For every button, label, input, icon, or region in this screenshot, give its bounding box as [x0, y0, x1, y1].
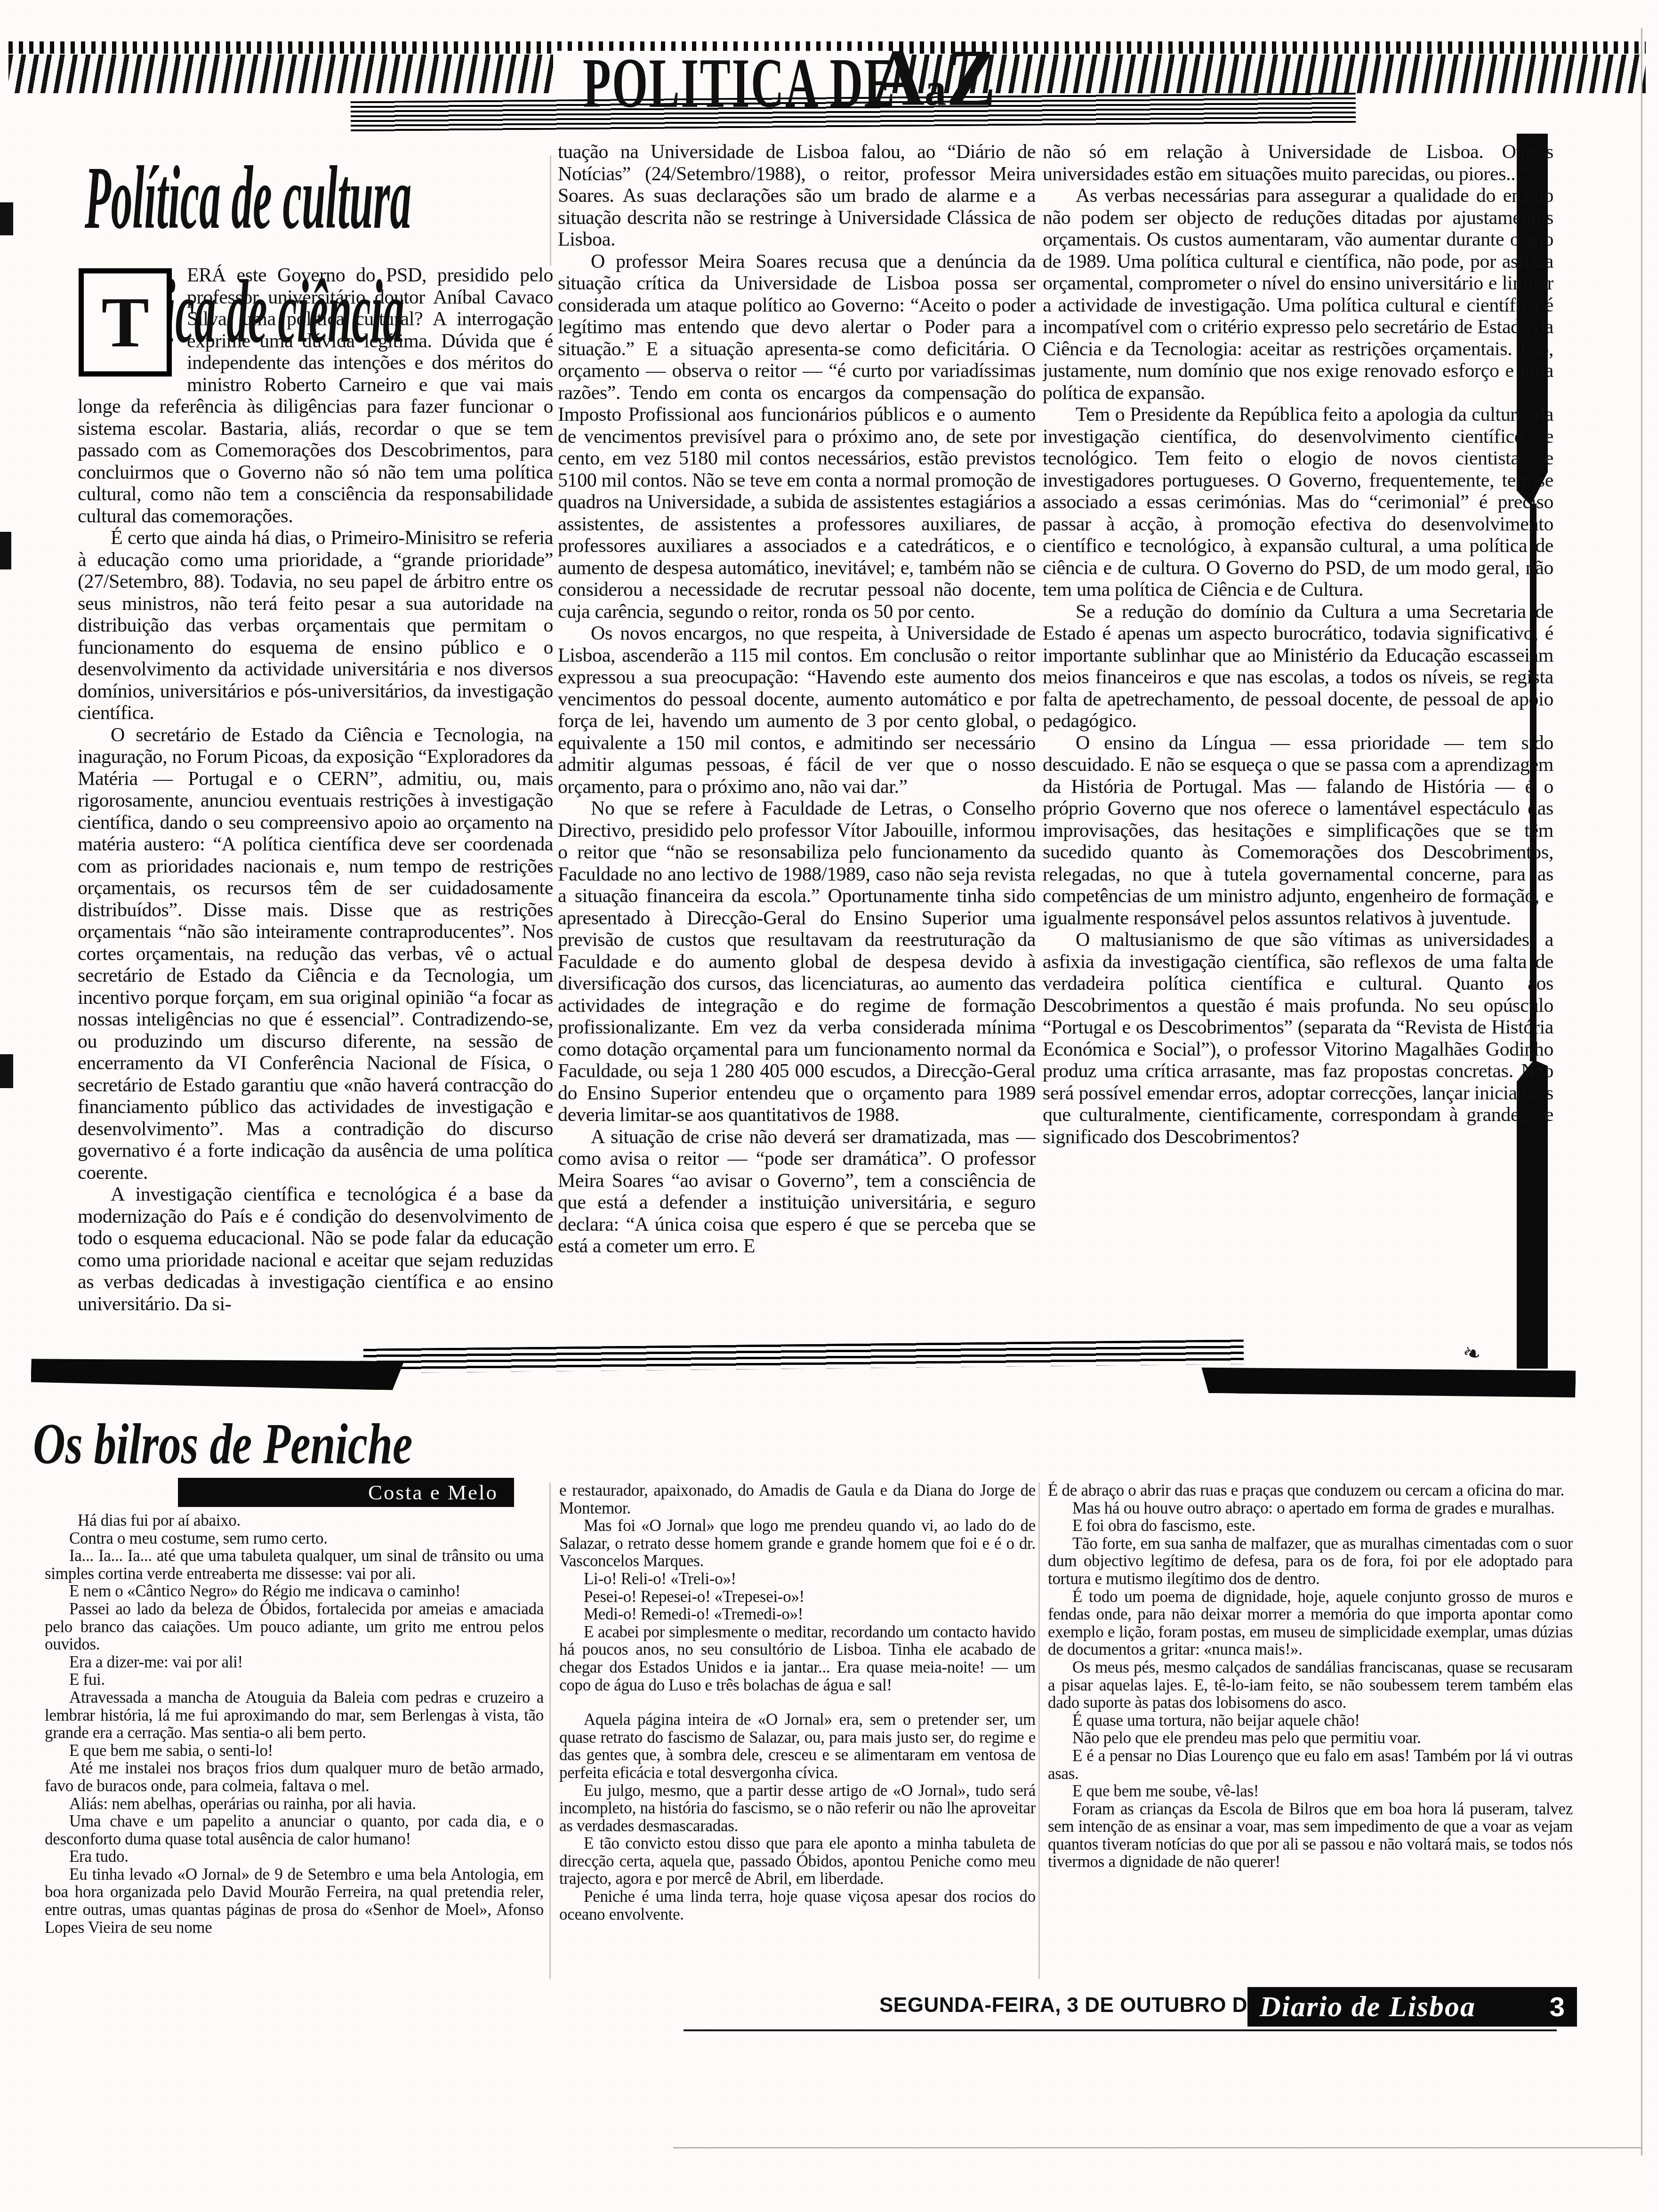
paragraph: e restaurador, apaixonado, do Amadis de … — [559, 1482, 1036, 1517]
paragraph: Contra o meu costume, sem rumo certo. — [45, 1530, 544, 1547]
paragraph: O professor Meira Soares recusa que a de… — [558, 251, 1036, 623]
main-column2-text: tuação na Universidade de Lisboa falou, … — [558, 141, 1036, 1258]
paragraph: O secretário de Estado da Ciência e Tecn… — [78, 724, 553, 1184]
newspaper-logo: Diario de Lisboa — [1260, 1990, 1550, 2024]
paragraph: E que bem me soube, vê-las! — [1048, 1782, 1573, 1800]
second-column2-text: e restaurador, apaixonado, do Amadis de … — [559, 1482, 1036, 1923]
paragraph: Mas há ou houve outro abraço: o apertado… — [1048, 1499, 1573, 1517]
paragraph: E acabei por simplesmente o meditar, rec… — [559, 1623, 1036, 1694]
paragraph: É quase uma tortura, não beijar aquele c… — [1048, 1712, 1573, 1730]
drop-cap-box: T — [79, 268, 172, 377]
left-edge-mark — [0, 1054, 13, 1088]
main-title-line1: Política de cultura — [85, 141, 411, 255]
divider-black-bar-right — [1201, 1365, 1576, 1399]
paragraph: É todo um poema de dignidade, hoje, aque… — [1048, 1588, 1573, 1659]
section-title: POLITICA DE — [583, 48, 896, 119]
paragraph-gap — [559, 1694, 1036, 1711]
paragraph: E foi obra do fascismo, este. — [1048, 1517, 1573, 1535]
paragraph: Tão forte, em sua sanha de malfazer, que… — [1048, 1535, 1573, 1588]
main-column1-text: ERÁ este Governo do PSD, presidido pelo … — [78, 264, 553, 1315]
paragraph: Não pelo que ele prendeu mas pelo que pe… — [1048, 1729, 1573, 1747]
letter-a-big: A — [871, 33, 925, 123]
main-column3-text: não só em relação à Universidade de Lisb… — [1043, 141, 1553, 1148]
page-edge-bottom — [673, 2147, 1642, 2148]
letter-a-small: a — [925, 63, 946, 115]
paragraph: Tem o Presidente da República feito a ap… — [1043, 404, 1553, 601]
paragraph: E fui. — [45, 1671, 544, 1689]
main-article-column-1: T ERÁ este Governo do PSD, presidido pel… — [78, 264, 553, 1353]
paragraph: O ensino da Língua — essa prioridade — t… — [1043, 732, 1553, 930]
paragraph: Passei ao lado da beleza de Óbidos, fort… — [45, 1600, 544, 1653]
left-edge-mark — [0, 202, 13, 235]
paragraph: Medi-o! Remedi-o! «Tremedi-o»! — [559, 1605, 1036, 1623]
paragraph: Há dias fui por aí abaixo. — [45, 1512, 544, 1530]
paragraph: Li-o! Reli-o! «Treli-o»! — [559, 1570, 1036, 1588]
paragraph: Era tudo. — [45, 1848, 544, 1866]
second-title-text: Os bilros de Peniche — [33, 1412, 412, 1476]
byline: Costa e Melo — [368, 1480, 498, 1505]
paragraph: Foram as crianças da Escola de Bilros qu… — [1048, 1800, 1573, 1871]
paragraph: É certo que ainda há dias, o Primeiro-Mi… — [78, 527, 553, 724]
paragraph: Era a dizer-me: vai por ali! — [45, 1653, 544, 1671]
ink-ornament: ❧ — [1460, 1338, 1485, 1368]
byline-bar: Costa e Melo — [178, 1478, 514, 1507]
paragraph: Os novos encargos, no que respeita, à Un… — [558, 623, 1036, 798]
paragraph: Mas foi «O Jornal» que logo me prendeu q… — [559, 1517, 1036, 1570]
paragraph: Atravessada a mancha de Atouguia da Bale… — [45, 1689, 544, 1742]
paragraph: Pesei-o! Repesei-o! «Trepesei-o»! — [559, 1588, 1036, 1606]
page-number: 3 — [1550, 1991, 1565, 2023]
newspaper-page: POLITICA DE AaZ Política de cultura polí… — [0, 0, 1657, 2212]
paragraph: Peniche é uma linda terra, hoje quase vi… — [559, 1888, 1036, 1923]
paragraph: As verbas necessárias para assegurar a q… — [1043, 185, 1553, 404]
paragraph: E nem o «Cântico Negro» do Régio me indi… — [45, 1582, 544, 1600]
column-rule — [1038, 1483, 1040, 1979]
paragraph: não só em relação à Universidade de Lisb… — [1043, 141, 1553, 185]
paragraph: Ia... Ia... Ia... até que uma tabuleta q… — [45, 1547, 544, 1582]
second-article-column-1: Há dias fui por aí abaixo.Contra o meu c… — [45, 1512, 544, 1982]
paragraph: Até me instalei nos braços frios dum qua… — [45, 1759, 544, 1795]
column-rule — [550, 155, 551, 266]
main-article-column-2: tuação na Universidade de Lisboa falou, … — [558, 141, 1036, 1304]
divider-black-bar-left — [31, 1355, 404, 1390]
paragraph: E que bem me sabia, o senti-lo! — [45, 1742, 544, 1760]
section-title-text: POLITICA DE — [583, 44, 896, 122]
column-rule — [549, 1483, 551, 1979]
paragraph: E é a pensar no Dias Lourenço que eu fal… — [1048, 1747, 1573, 1782]
paragraph: Uma chave e um papelito a anunciar o qua… — [45, 1812, 544, 1848]
paragraph: A investigação científica e tecnológica … — [78, 1184, 553, 1315]
paragraph: E tão convicto estou disso que para ele … — [559, 1835, 1036, 1888]
main-article-column-3: não só em relação à Universidade de Lisb… — [1043, 141, 1553, 1318]
paragraph: No que se refere à Faculdade de Letras, … — [558, 798, 1036, 1126]
drop-cap-letter: T — [102, 312, 149, 334]
paragraph: Se a redução do domínio da Cultura a uma… — [1043, 601, 1553, 732]
paragraph: tuação na Universidade de Lisboa falou, … — [558, 141, 1036, 251]
paragraph: A situação de crise não deverá ser drama… — [558, 1126, 1036, 1258]
second-article-title: Os bilros de Peniche — [33, 1416, 412, 1473]
paragraph: Aquela página inteira de «O Jornal» era,… — [559, 1711, 1036, 1781]
second-column1-text: Há dias fui por aí abaixo.Contra o meu c… — [45, 1512, 544, 1936]
paragraph: Aliás: nem abelhas, operárias ou rainha,… — [45, 1795, 544, 1813]
footer-rule — [684, 2029, 1557, 2031]
second-article-column-2: e restaurador, apaixonado, do Amadis de … — [559, 1482, 1036, 1985]
paragraph: Eu tinha levado «O Jornal» de 9 de Setem… — [45, 1866, 544, 1936]
paragraph: É de abraço o abrir das ruas e praças qu… — [1048, 1482, 1573, 1499]
footer-masthead-bar: Diario de Lisboa 3 — [1247, 1987, 1577, 2027]
second-article-column-3: É de abraço o abrir das ruas e praças qu… — [1048, 1482, 1573, 1988]
section-title-a-z: AaZ — [871, 38, 996, 130]
second-column3-text: É de abraço o abrir das ruas e praças qu… — [1048, 1482, 1573, 1871]
letter-z-big: Z — [946, 33, 996, 123]
paragraph: O maltusianismo de que são vítimas as un… — [1043, 929, 1553, 1148]
paragraph: Eu julgo, mesmo, que a partir desse arti… — [559, 1782, 1036, 1835]
page-edge-right — [1641, 28, 1642, 2156]
paragraph: Os meus pés, mesmo calçados de sandálias… — [1048, 1659, 1573, 1712]
left-edge-mark — [0, 532, 11, 569]
